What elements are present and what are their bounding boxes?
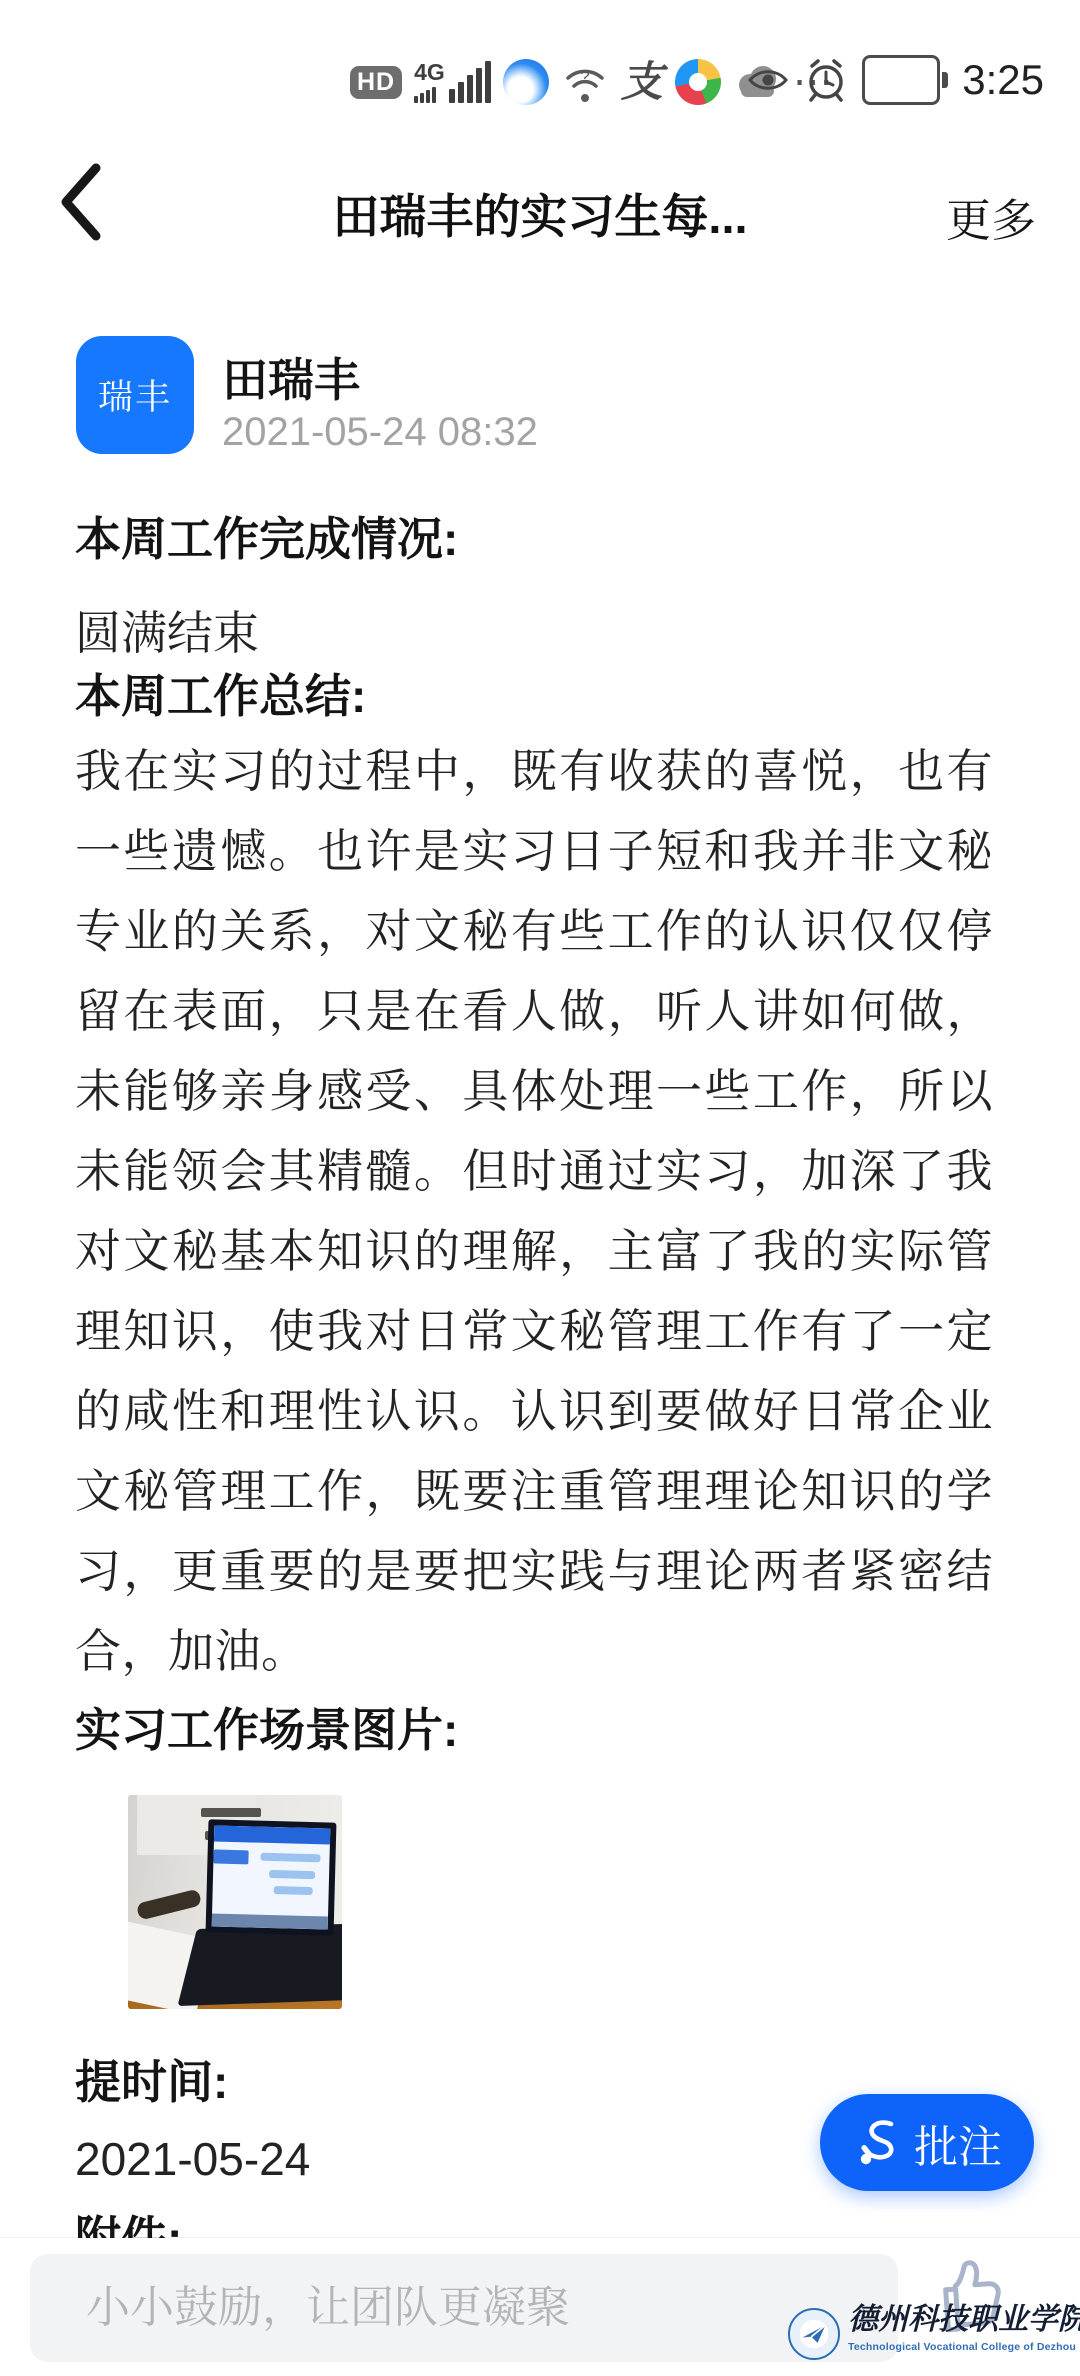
section-body-week-summary: 我在实习的过程中，既有收获的喜悦，也有一些遗憾。也许是实习日子短和我并非文秘专业…: [75, 731, 993, 1691]
section-body-week-completion: 圆满结束: [75, 597, 259, 663]
nav-header: 田瑞丰的实习生每... 更多: [0, 150, 1080, 260]
battery-icon: [862, 55, 948, 105]
section-title-week-completion: 本周工作完成情况:: [75, 503, 458, 569]
comment-input[interactable]: 小小鼓励，让团队更凝聚: [30, 2254, 898, 2362]
college-logo-icon: [788, 2308, 840, 2360]
avatar[interactable]: 瑞丰: [76, 336, 194, 454]
college-watermark: 德州科技职业学院 Technological Vocational Colleg…: [788, 2294, 1078, 2360]
status-time: 3:25: [962, 56, 1044, 104]
signal-bars-secondary-icon: [414, 87, 436, 103]
college-name-cn: 德州科技职业学院: [848, 2294, 1080, 2338]
network-4g-label: 4G: [414, 61, 445, 84]
wifi-question-icon: ?: [561, 59, 609, 105]
eye-comfort-icon: [746, 65, 790, 95]
section-title-week-summary: 本周工作总结:: [75, 660, 366, 726]
author-name: 田瑞丰: [222, 344, 360, 410]
pinwheel-app-icon: [675, 59, 721, 105]
college-name-en: Technological Vocational College of Dezh…: [848, 2341, 1080, 2353]
photo-vent-shape: [201, 1808, 261, 1817]
section-title-scene-photos: 实习工作场景图片:: [75, 1694, 458, 1760]
alipay-icon: 支: [621, 61, 663, 103]
app-screen: HD 4G ? 支: [0, 0, 1080, 2376]
section-body-submit-time: 2021-05-24: [75, 2132, 310, 2186]
page-title: 田瑞丰的实习生每...: [150, 180, 930, 247]
scene-photo-thumbnail[interactable]: [128, 1795, 342, 2009]
network-type-label: 4G: [414, 61, 445, 103]
annotate-hand-icon: [852, 2117, 904, 2169]
section-title-submit-time: 提时间:: [75, 2046, 228, 2112]
signal-bars-icon: [449, 61, 491, 103]
status-bar: HD 4G ? 支: [0, 0, 1080, 118]
back-icon[interactable]: [52, 160, 112, 244]
alarm-clock-icon: [804, 57, 848, 103]
svg-text:?: ?: [580, 67, 589, 86]
browser-app-icon: [503, 59, 549, 105]
photo-laptop-screen-shape: [206, 1819, 337, 1936]
report-timestamp: 2021-05-24 08:32: [222, 410, 538, 455]
college-watermark-text: 德州科技职业学院 Technological Vocational Colleg…: [848, 2294, 1080, 2353]
photo-glasses-shape: [135, 1888, 201, 1920]
annotate-button[interactable]: 批注: [820, 2094, 1034, 2191]
more-button[interactable]: 更多: [946, 184, 1036, 249]
hd-icon: HD: [350, 66, 402, 99]
cellular-network-icon: 4G: [414, 61, 491, 103]
status-icons-right: 3:25: [746, 52, 1044, 108]
annotate-button-label: 批注: [914, 2111, 1002, 2175]
